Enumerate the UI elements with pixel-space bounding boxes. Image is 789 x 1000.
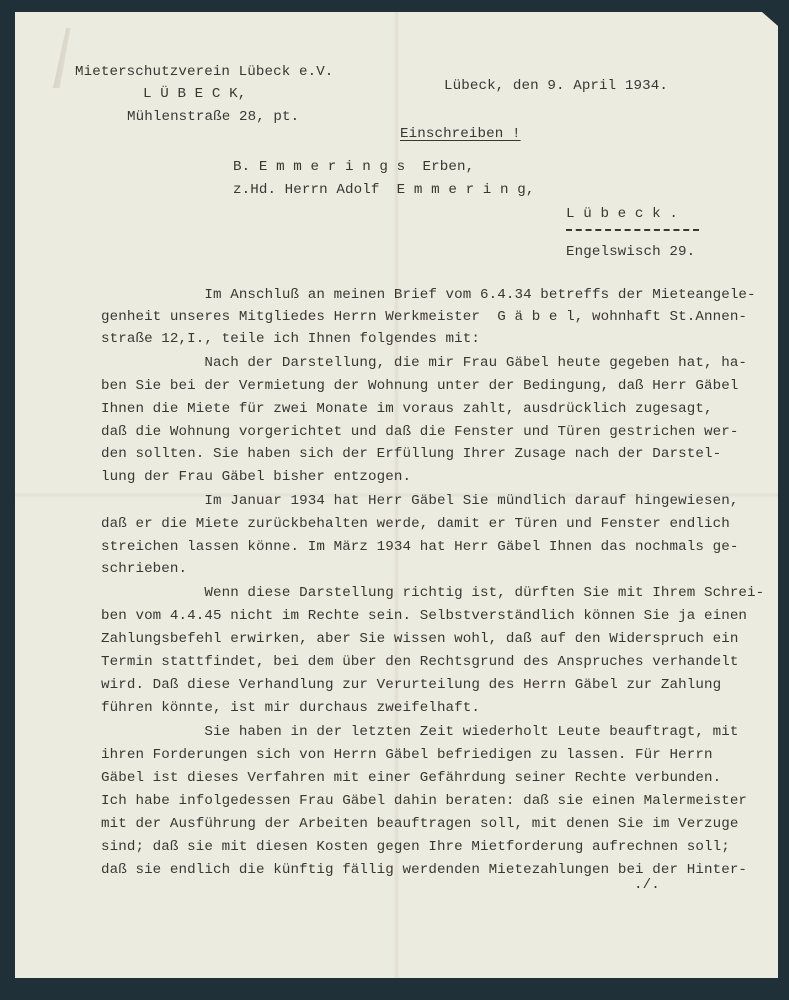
recipient-city: L ü b e c k .	[566, 207, 678, 221]
continuation-mark: ./.	[634, 878, 660, 892]
body-line: den sollten. Sie haben sich der Erfüllun…	[101, 447, 721, 461]
recipient-name: B. E m m e r i n g s Erben,	[233, 160, 474, 174]
body-line: Zahlungsbefehl erwirken, aber Sie wissen…	[101, 632, 738, 646]
body-line: sind; daß sie mit diesen Kosten gegen Ih…	[101, 840, 730, 854]
body-line: Sie haben in der letzten Zeit wiederholt…	[101, 725, 738, 739]
body-line: Ich habe infolgedessen Frau Gäbel dahin …	[101, 794, 747, 808]
body-line: lung der Frau Gäbel bisher entzogen.	[101, 470, 411, 484]
body-line: daß die Wohnung vorgerichtet und daß die…	[101, 425, 738, 439]
body-line: genheit unseres Mitgliedes Herrn Werkmei…	[101, 310, 747, 324]
body-line: wird. Daß diese Verhandlung zur Verurtei…	[101, 678, 721, 692]
body-line: Termin stattfindet, bei dem über den Rec…	[101, 655, 738, 669]
body-line: ben Sie bei der Vermietung der Wohnung u…	[101, 379, 738, 393]
city-underline	[566, 229, 699, 231]
recipient-street: Engelswisch 29.	[566, 245, 695, 259]
body-line: mit der Ausführung der Arbeiten beauftra…	[101, 817, 738, 831]
body-line: Wenn diese Darstellung richtig ist, dürf…	[101, 586, 764, 600]
paper-crease	[53, 28, 75, 88]
body-line: straße 12,I., teile ich Ihnen folgendes …	[101, 332, 480, 346]
dateline: Lübeck, den 9. April 1934.	[444, 79, 668, 93]
body-line: Ihnen die Miete für zwei Monate im vorau…	[101, 402, 713, 416]
body-line: daß sie endlich die künftig fällig werde…	[101, 863, 747, 877]
body-line: schrieben.	[101, 562, 187, 576]
letterhead-city: L Ü B E C K,	[143, 87, 246, 101]
body-line: Im Anschluß an meinen Brief vom 6.4.34 b…	[101, 288, 756, 302]
recipient-attention: z.Hd. Herrn Adolf E m m e r i n g,	[233, 183, 535, 197]
letterhead-org: Mieterschutzverein Lübeck e.V.	[75, 65, 333, 79]
body-line: ihren Forderungen sich von Herrn Gäbel b…	[101, 748, 713, 762]
body-line: Nach der Darstellung, die mir Frau Gäbel…	[101, 356, 747, 370]
registered-mail-mark: Einschreiben !	[400, 127, 521, 141]
body-line: Gäbel ist dieses Verfahren mit einer Gef…	[101, 771, 721, 785]
letterhead-street: Mühlenstraße 28, pt.	[127, 110, 299, 124]
body-line: streichen lassen könne. Im März 1934 hat…	[101, 540, 738, 554]
body-line: daß er die Miete zurückbehalten werde, d…	[101, 517, 730, 531]
body-line: ben vom 4.4.45 nicht im Rechte sein. Sel…	[101, 609, 747, 623]
body-line: führen könnte, ist mir durchaus zweifelh…	[101, 701, 480, 715]
body-line: Im Januar 1934 hat Herr Gäbel Sie mündli…	[101, 494, 738, 508]
